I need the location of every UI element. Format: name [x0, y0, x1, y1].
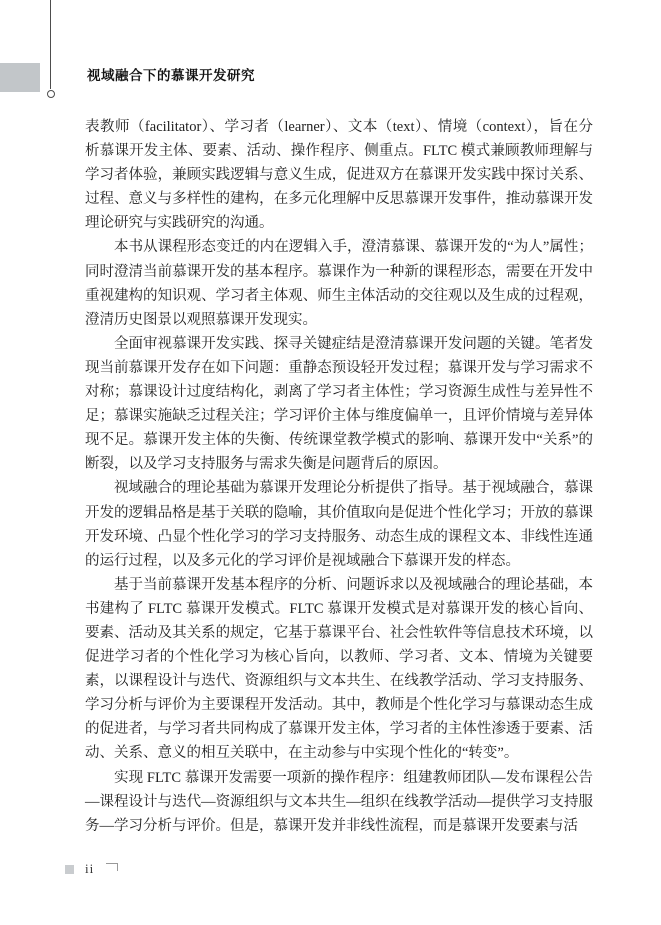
paragraph-2: 本书从课程形态变迁的内在逻辑入手，澄清慕课、慕课开发的“为人”属性；同时澄清当前… [85, 235, 593, 331]
running-header: 视域融合下的慕课开发研究 [87, 64, 255, 84]
crop-mark-circle [47, 90, 55, 98]
paragraph-4: 视域融合的理论基础为慕课开发理论分析提供了指导。基于视域融合，慕课开发的逻辑品格… [85, 476, 593, 572]
book-page: 视域融合下的慕课开发研究 表教师（facilitator）、学习者（learne… [0, 0, 661, 925]
running-title: 视域融合下的慕课开发研究 [87, 68, 255, 83]
paragraph-6: 实现 FLTC 慕课开发需要一项新的操作程序：组建教师团队—发布课程公告—课程设… [85, 766, 593, 838]
paragraph-5: 基于当前慕课开发基本程序的分析、问题诉求以及视域融合的理论基础，本书建构了 FL… [85, 573, 593, 766]
page-footer: ii [65, 861, 118, 877]
page-number: ii [85, 861, 94, 877]
paragraph-3: 全面审视慕课开发实践、探寻关键症结是澄清慕课开发问题的关键。笔者发现当前慕课开发… [85, 332, 593, 477]
crop-mark-line [50, 0, 51, 89]
corner-bracket-mark [106, 863, 118, 871]
paragraph-1: 表教师（facilitator）、学习者（learner）、文本（text）、情… [85, 115, 593, 235]
margin-gray-block [0, 63, 40, 92]
body-text: 表教师（facilitator）、学习者（learner）、文本（text）、情… [85, 115, 593, 838]
footer-square-mark [65, 865, 74, 874]
